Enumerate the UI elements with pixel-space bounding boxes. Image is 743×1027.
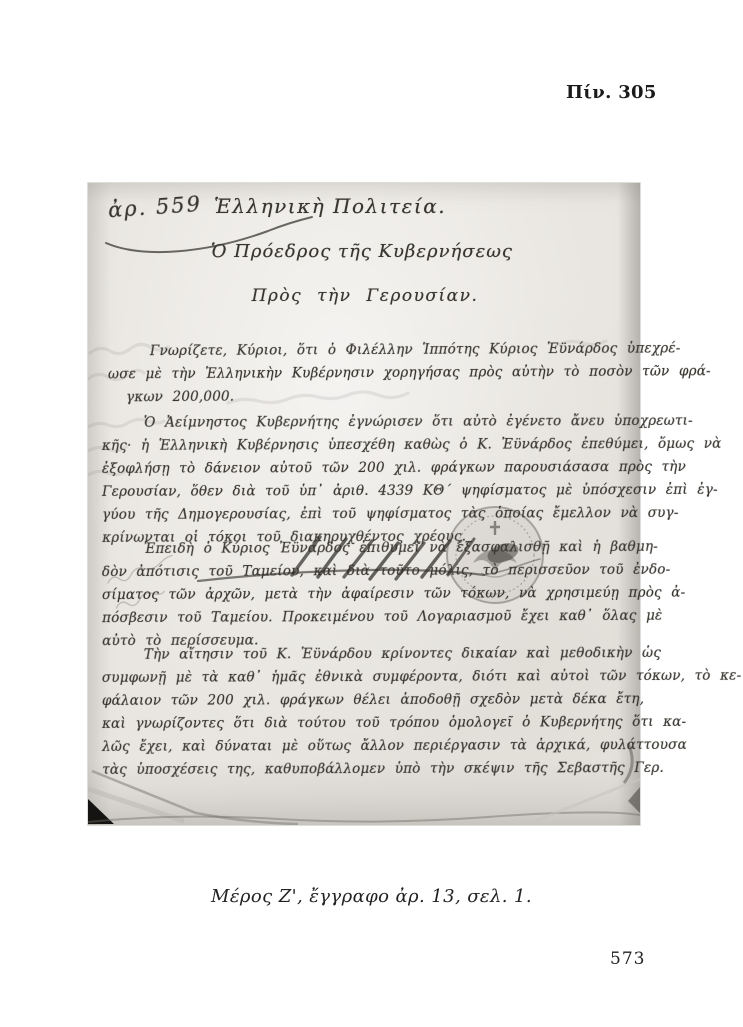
paragraph-4: Τὴν αἴτησιν τοῦ Κ. Ἐϋνάρδου κρίνοντες δι… (102, 642, 630, 782)
figure-caption: Μέρος Ζ', ἔγγραφο ἀρ. 13, σελ. 1. (0, 886, 743, 907)
manuscript-line: κῆς· ἡ Ἑλληνικὴ Κυβέρνησις ὑπεσχέθη καθὼ… (102, 433, 630, 458)
manuscript-line: ἐξοφλήσῃ τὸ δάνειον αὐτοῦ τῶν 200 χιλ. φ… (102, 456, 630, 481)
manuscript-line: πόσβεσιν τοῦ Ταμείου. Προκειμένου τοῦ Λο… (102, 605, 630, 630)
manuscript-line: ωσε μὲ τὴν Ἑλληνικὴν Κυβέρνησιν χορηγήσα… (108, 361, 636, 387)
manuscript-line: Γνωρίζετε, Κύριοι, ὅτι ὁ Φιλέλλην Ἱππότη… (150, 338, 636, 364)
heading-sender: Ὁ Πρόεδρος τῆς Κυβερνήσεως (192, 241, 532, 262)
manuscript-line: γύου τῆς Δημογερουσίας, ἐπὶ τοῦ ψηφίσματ… (102, 502, 630, 527)
manuscript-line: δὸν ἀπότισις τοῦ Ταμείου, καὶ διὰ τοῦτο … (102, 559, 630, 584)
heading-state: Ἑλληνικὴ Πολιτεία. (180, 194, 480, 218)
manuscript-line: σίματος τῶν ἀρχῶν, μετὰ τὴν ἀφαίρεσιν τῶ… (102, 582, 630, 607)
manuscript-line: γκων 200,000. (126, 384, 636, 410)
manuscript-photo: ἀρ. 559 Ἑλληνικὴ Πολιτεία. Ὁ Πρόεδρος τῆ… (88, 183, 640, 825)
manuscript-line: λῶς ἔχει, καὶ δύναται μὲ οὕτως ἄλλον περ… (102, 734, 630, 759)
manuscript-line: συμφωνῇ μὲ τὰ καθ᾽ ἡμᾶς ἐθνικὰ συμφέροντ… (102, 665, 630, 690)
page-number: 573 (610, 949, 645, 969)
paragraph-2: Ὁ Ἀείμνηστος Κυβερνήτης ἐγνώρισεν ὅτι αὐ… (102, 410, 630, 550)
heading-recipient: Πρὸς τὴν Γερουσίαν. (215, 286, 515, 306)
manuscript-line: Γερουσίαν, ὅθεν διὰ τοῦ ὑπ᾽ ἀριθ. 4339 Κ… (102, 479, 630, 504)
manuscript-line: Τὴν αἴτησιν τοῦ Κ. Ἐϋνάρδου κρίνοντες δι… (144, 642, 630, 667)
book-page: { "page": { "plate_label": "Πίν. 305", "… (0, 0, 743, 1027)
manuscript-line: φάλαιον τῶν 200 χιλ. φράγκων θέλει ἀποδο… (102, 688, 630, 713)
manuscript-line: Ἐπειδὴ ὁ Κύριος Ἐϋνάρδος ἐπιθυμεῖ νὰ ἐξα… (144, 536, 630, 561)
manuscript-line: τὰς ὑποσχέσεις της, καθυποβάλλομεν ὑπὸ τ… (102, 757, 630, 782)
paragraph-3: Ἐπειδὴ ὁ Κύριος Ἐϋνάρδος ἐπιθυμεῖ νὰ ἐξα… (102, 536, 630, 653)
manuscript-line: Ὁ Ἀείμνηστος Κυβερνήτης ἐγνώρισεν ὅτι αὐ… (144, 410, 630, 435)
plate-label: Πίν. 305 (566, 82, 676, 103)
manuscript-line: καὶ γνωρίζοντες ὅτι διὰ τούτου τοῦ τρόπο… (102, 711, 630, 736)
paragraph-1: Γνωρίζετε, Κύριοι, ὅτι ὁ Φιλέλλην Ἱππότη… (108, 338, 636, 410)
